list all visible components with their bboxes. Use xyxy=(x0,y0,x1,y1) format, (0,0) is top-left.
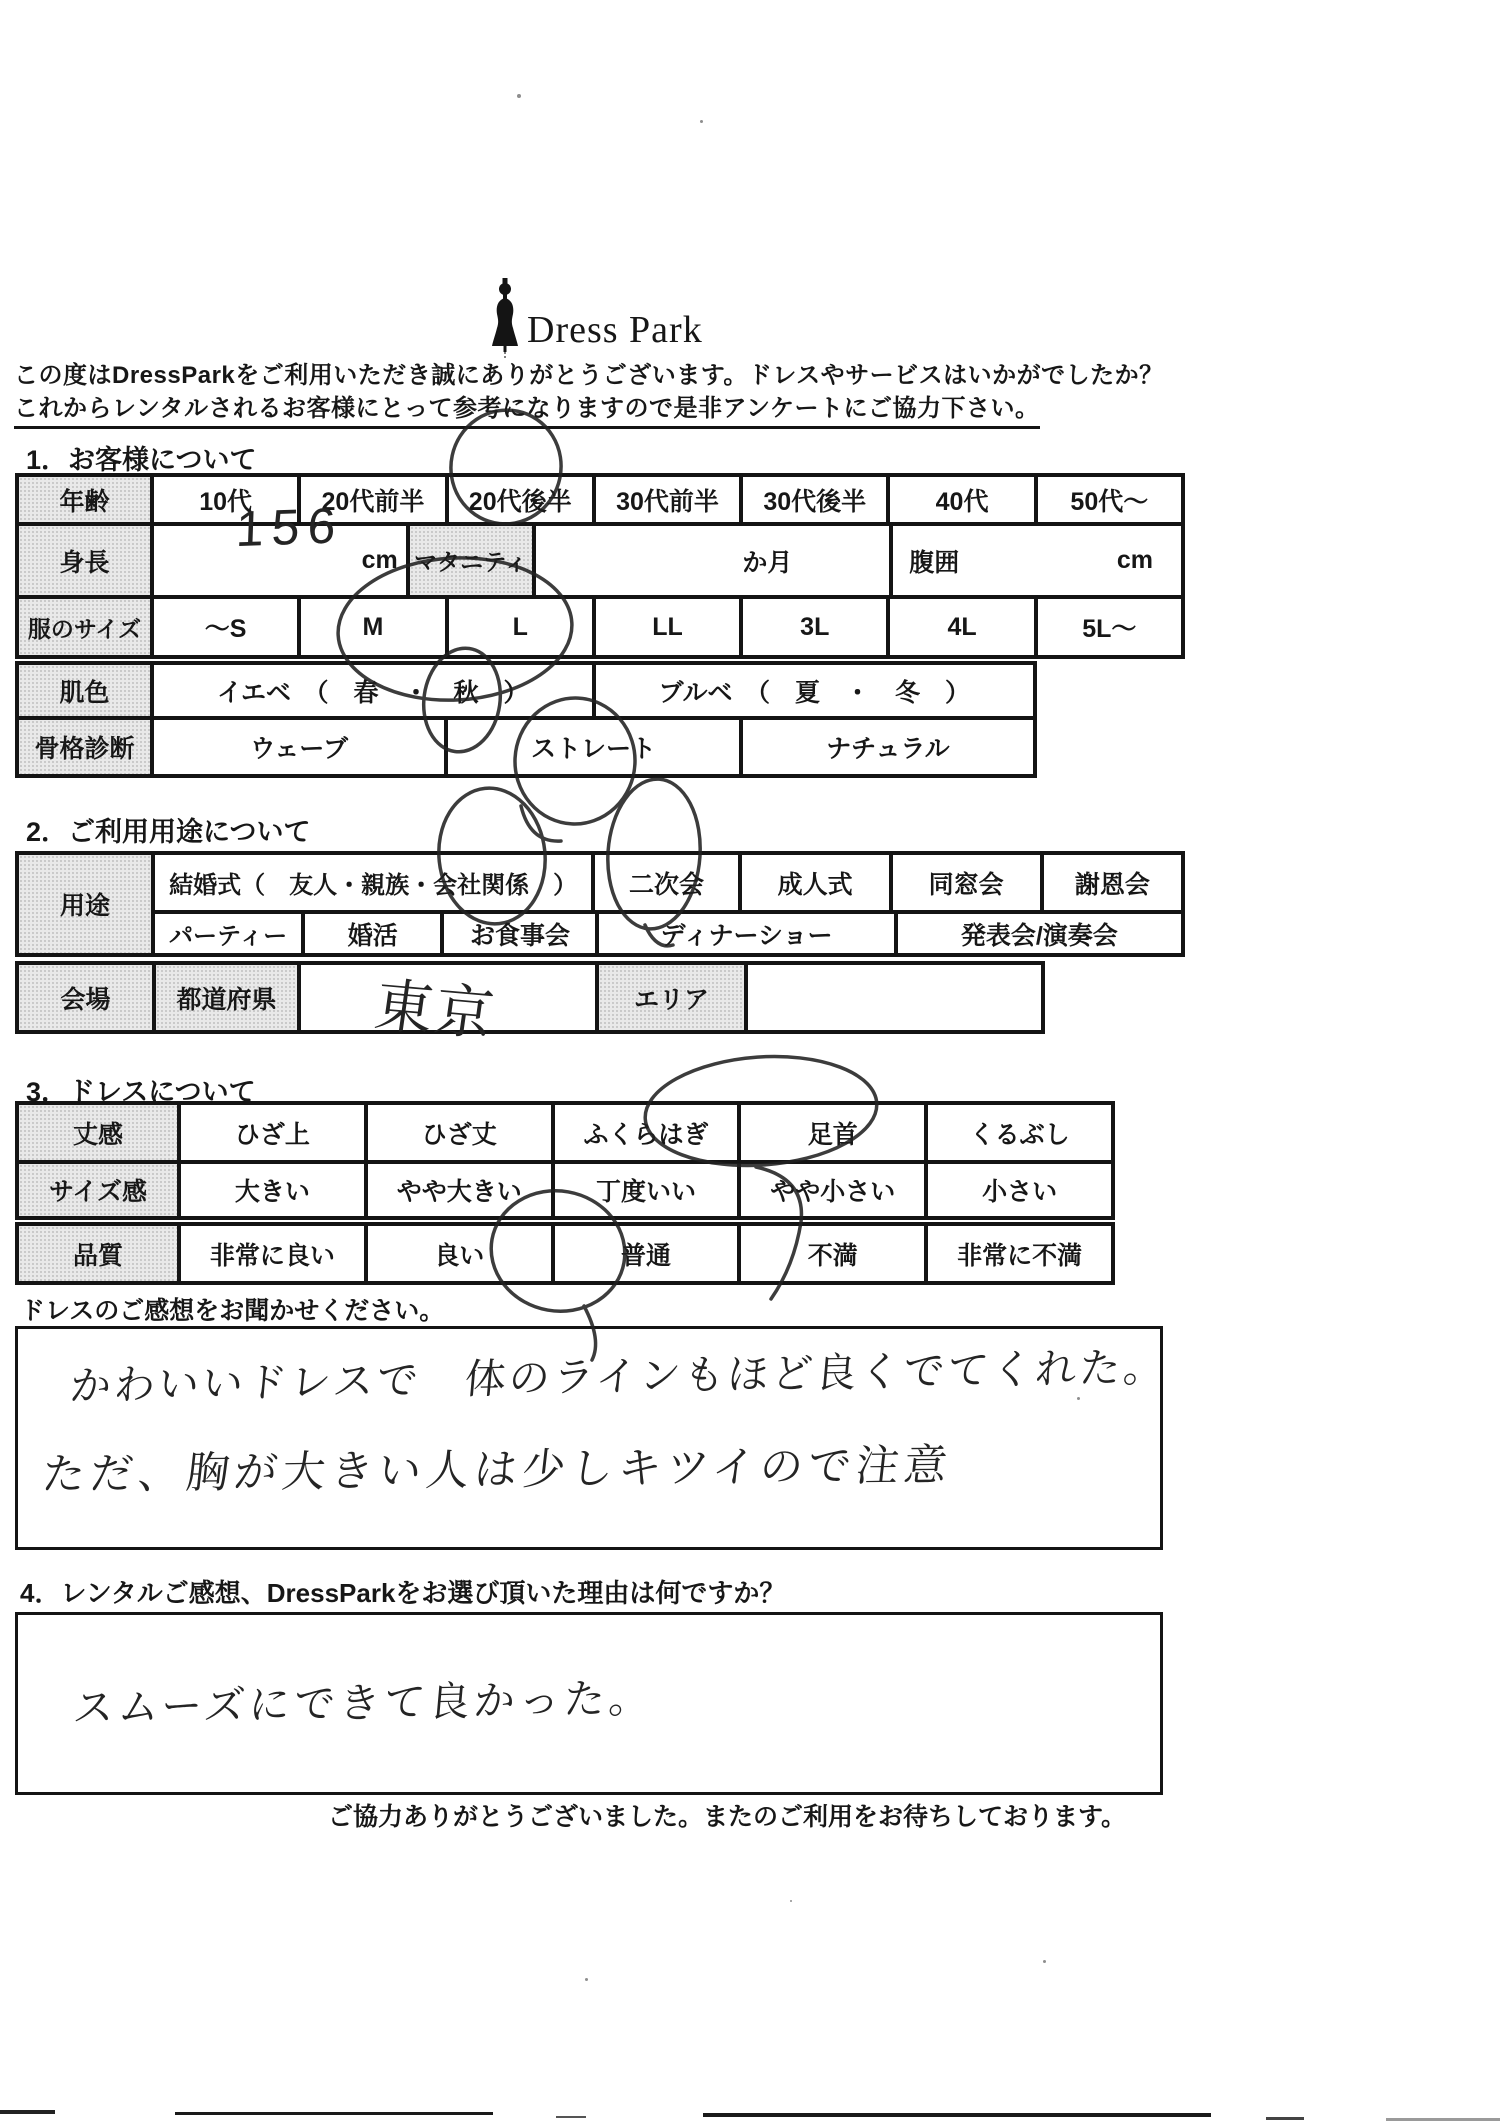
quality-row: 品質 非常に良い 良い 普通 不満 非常に不満 xyxy=(15,1222,1115,1285)
frame-option-straight: ストレート xyxy=(448,720,738,774)
customer-table: 年齢 10代 20代前半 20代後半 30代前半 30代後半 40代 50代～ … xyxy=(15,473,1185,778)
waist-label: 腹囲 xyxy=(909,543,959,579)
brand-title: Dress Park xyxy=(527,308,703,352)
handwritten-rental-comment: スムーズにできて良かった。 xyxy=(71,1665,657,1734)
size-option-ll: LL xyxy=(596,599,739,655)
fit-slightly-small: やや小さい xyxy=(741,1164,924,1216)
usage-table: 用途 結婚式（ 友人・親族・会社関係 ） 二次会 成人式 同窓会 謝恩会 パーテ… xyxy=(15,851,1185,1034)
use-thanks-party: 謝恩会 xyxy=(1044,855,1181,910)
section1-title: 1．お客様について xyxy=(26,438,256,477)
height-unit: cm xyxy=(362,546,398,575)
quality-very-good: 非常に良い xyxy=(181,1226,364,1281)
purpose-options: 結婚式（ 友人・親族・会社関係 ） 二次会 成人式 同窓会 謝恩会 パーティー … xyxy=(155,855,1181,953)
scan-speck xyxy=(790,1900,792,1902)
size-option-s: ～S xyxy=(154,599,297,655)
rental-comment-box: スムーズにできて良かった。 xyxy=(15,1612,1163,1795)
age-row: 年齢 10代 20代前半 20代後半 30代前半 30代後半 40代 50代～ xyxy=(15,473,1185,526)
scan-speck xyxy=(700,120,703,123)
scan-speck xyxy=(1077,1397,1080,1400)
size-label: 服のサイズ xyxy=(19,599,150,655)
frame-label: 骨格診断 xyxy=(19,720,150,774)
skin-row: 肌色 イエベ （ 春 ・ 秋 ） ブルベ （ 夏 ・ 冬 ） xyxy=(15,661,1037,720)
scan-artifact-line xyxy=(703,2113,1211,2117)
scan-artifact-line xyxy=(175,2112,493,2115)
venue-label: 会場 xyxy=(19,965,152,1030)
maternity-cell: マタニティ xyxy=(410,526,532,595)
purpose-row-1: 結婚式（ 友人・親族・会社関係 ） 二次会 成人式 同窓会 謝恩会 xyxy=(155,855,1181,910)
frame-row: 骨格診断 ウェーブ ストレート ナチュラル xyxy=(15,716,1037,778)
fit-small: 小さい xyxy=(928,1164,1111,1216)
venue-row: 会場 都道府県 エリア xyxy=(15,961,1045,1034)
fit-label: サイズ感 xyxy=(19,1164,177,1216)
length-above-knee: ひざ上 xyxy=(181,1105,364,1160)
age-option-50s: 50代～ xyxy=(1038,477,1181,522)
prefecture-label: 都道府県 xyxy=(156,965,297,1030)
dress-table: 丈感 ひざ上 ひざ丈 ふくらはぎ 足首 くるぶし サイズ感 大きい やや大きい … xyxy=(15,1101,1115,1285)
height-label: 身長 xyxy=(19,526,150,595)
quality-unsatisfied: 不満 xyxy=(741,1226,924,1281)
length-knee: ひざ丈 xyxy=(368,1105,551,1160)
use-dinner-show: ディナーショー xyxy=(599,914,893,953)
handwritten-dress-comment-line1: かわいいドレスで 体のラインもほど良くでてくれた。 xyxy=(68,1334,1171,1412)
use-party: パーティー xyxy=(155,914,301,953)
dress-form-icon xyxy=(487,278,523,358)
handwritten-prefecture-value: 東京 xyxy=(370,958,501,1052)
size-row: 服のサイズ ～S M L LL 3L 4L 5L～ xyxy=(15,595,1185,659)
section4-title: 4．レンタルご感想、DressParkをお選び頂いた理由は何ですか？ xyxy=(20,1573,785,1610)
fit-slightly-large: やや大きい xyxy=(368,1164,551,1216)
length-row: 丈感 ひざ上 ひざ丈 ふくらはぎ 足首 くるぶし xyxy=(15,1101,1115,1164)
purpose-row-2: パーティー 婚活 お食事会 ディナーショー 発表会/演奏会 xyxy=(155,914,1181,953)
fit-row: サイズ感 大きい やや大きい 丁度いい やや小さい 小さい xyxy=(15,1160,1115,1220)
area-value-cell xyxy=(748,965,1041,1030)
purpose-label: 用途 xyxy=(19,855,151,953)
size-option-l: L xyxy=(449,599,592,655)
handwritten-height-value: 156 xyxy=(235,496,344,558)
skin-option-blue-base: ブルベ （ 夏 ・ 冬 ） xyxy=(596,665,1034,716)
length-label: 丈感 xyxy=(19,1105,177,1160)
age-option-late30s: 30代後半 xyxy=(743,477,886,522)
use-recital: 発表会/演奏会 xyxy=(898,914,1181,953)
scanned-survey-page: Dress Park この度はDressParkをご利用いただき誠にありがとうご… xyxy=(0,0,1500,2127)
age-label: 年齢 xyxy=(19,477,150,522)
scan-speck xyxy=(1043,1960,1046,1963)
scan-artifact-line xyxy=(0,2110,55,2114)
frame-option-wave: ウェーブ xyxy=(154,720,444,774)
section2-title: 2．ご利用用途について xyxy=(26,810,310,849)
handwritten-dress-comment-line2: ただ、胸が大きい人は少しキツイので注意 xyxy=(39,1431,956,1502)
dress-comment-prompt: ドレスのご感想をお聞かせください。 xyxy=(20,1291,444,1327)
use-dinner: お食事会 xyxy=(444,914,595,953)
use-afterparty: 二次会 xyxy=(595,855,737,910)
quality-label: 品質 xyxy=(19,1226,177,1281)
use-konkatsu: 婚活 xyxy=(305,914,440,953)
waist-cell: 腹囲 cm xyxy=(893,526,1181,595)
intro-line-1: この度はDressParkをご利用いただき誠にありがとうございます。ドレスやサー… xyxy=(14,355,1164,390)
skin-option-yellow-base: イエベ （ 春 ・ 秋 ） xyxy=(154,665,592,716)
quality-normal: 普通 xyxy=(555,1226,738,1281)
dress-comment-box: かわいいドレスで 体のラインもほど良くでてくれた。 ただ、胸が大きい人は少しキツ… xyxy=(15,1326,1163,1550)
scan-artifact-line xyxy=(1266,2117,1304,2120)
scan-speck xyxy=(585,1978,588,1981)
skin-label: 肌色 xyxy=(19,665,150,716)
scan-artifact-line xyxy=(1386,2118,1500,2121)
purpose-rows: 用途 結婚式（ 友人・親族・会社関係 ） 二次会 成人式 同窓会 謝恩会 パーテ… xyxy=(15,851,1185,957)
use-coming-of-age: 成人式 xyxy=(742,855,889,910)
quality-very-unsatisfied: 非常に不満 xyxy=(928,1226,1111,1281)
size-option-4l: 4L xyxy=(890,599,1033,655)
size-option-5l: 5L～ xyxy=(1038,599,1181,655)
size-option-m: M xyxy=(301,599,444,655)
age-option-40s: 40代 xyxy=(890,477,1033,522)
scan-artifact-line xyxy=(556,2116,586,2118)
age-option-late20s: 20代後半 xyxy=(449,477,592,522)
length-ankle: 足首 xyxy=(741,1105,924,1160)
scan-speck xyxy=(517,94,521,98)
quality-good: 良い xyxy=(368,1226,551,1281)
intro-line-2: これからレンタルされるお客様にとって参考になりますので是非アンケートにご協力下さ… xyxy=(14,388,1040,429)
fit-just-right: 丁度いい xyxy=(555,1164,738,1216)
age-option-early30s: 30代前半 xyxy=(596,477,739,522)
fit-large: 大きい xyxy=(181,1164,364,1216)
waist-unit: cm xyxy=(1117,546,1153,575)
months-cell: か月 xyxy=(536,526,890,595)
length-anklebone: くるぶし xyxy=(928,1105,1111,1160)
circle-frame-straight-tail xyxy=(521,806,561,841)
height-row: 身長 cm マタニティ か月 腹囲 cm xyxy=(15,522,1185,599)
use-reunion: 同窓会 xyxy=(893,855,1040,910)
frame-option-natural: ナチュラル xyxy=(743,720,1033,774)
length-calf: ふくらはぎ xyxy=(555,1105,738,1160)
closing-message: ご協力ありがとうございました。またのご利用をお待ちしております。 xyxy=(328,1797,1126,1833)
size-option-3l: 3L xyxy=(743,599,886,655)
use-wedding: 結婚式（ 友人・親族・会社関係 ） xyxy=(155,855,591,910)
area-label: エリア xyxy=(599,965,744,1030)
